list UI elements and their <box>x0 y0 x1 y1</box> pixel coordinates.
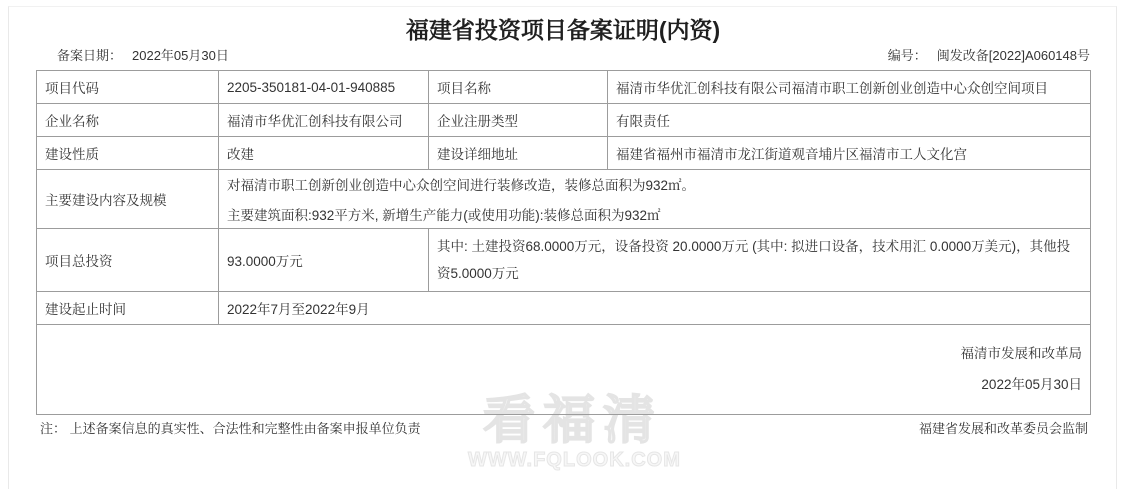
enterprise-name-label: 企业名称 <box>37 104 219 137</box>
signature-cell: 福清市发展和改革局 2022年05月30日 <box>37 325 1091 415</box>
filing-date-label: 备案日期： <box>57 48 122 63</box>
address-value: 福建省福州市福清市龙江街道观音埔片区福清市工人文化宫 <box>608 137 1091 170</box>
filing-table: 项目代码 2205-350181-04-01-940885 项目名称 福清市华优… <box>36 70 1091 415</box>
signature-authority: 福清市发展和改革局 <box>45 346 1082 362</box>
table-row: 主要建设内容及规模 对福清市职工创新创业创造中心众创空间进行装修改造，装修总面积… <box>37 170 1091 229</box>
project-name-value: 福清市华优汇创科技有限公司福清市职工创新创业创造中心众创空间项目 <box>608 71 1091 104</box>
address-label: 建设详细地址 <box>429 137 608 170</box>
table-row: 项目总投资 93.0000万元 其中: 土建投资68.0000万元，设备投资 2… <box>37 229 1091 292</box>
construction-period-label: 建设起止时间 <box>37 292 219 325</box>
construction-period-value: 2022年7月至2022年9月 <box>219 292 1091 325</box>
document-number: 编号：闽发改备[2022]A060148号 <box>888 45 1090 64</box>
main-content-label: 主要建设内容及规模 <box>37 170 219 229</box>
footer-supervision: 福建省发展和改革委员会监制 <box>919 418 1088 437</box>
project-code-value: 2205-350181-04-01-940885 <box>219 71 429 104</box>
filing-date-value: 2022年05月30日 <box>132 48 229 63</box>
total-investment-value: 93.0000万元 <box>219 229 429 292</box>
registration-type-label: 企业注册类型 <box>429 104 608 137</box>
document-page: 看福清 WWW.FQLOOK.COM 福建省投资项目备案证明(内资) 备案日期：… <box>0 0 1126 489</box>
watermark-url: WWW.FQLOOK.COM <box>468 449 678 472</box>
document-number-value: 闽发改备[2022]A060148号 <box>937 48 1090 63</box>
main-content-value: 对福清市职工创新创业创造中心众创空间进行装修改造，装修总面积为932㎡。 主要建… <box>219 170 1091 229</box>
signature-date: 2022年05月30日 <box>45 377 1082 393</box>
footer-note: 注： 上述备案信息的真实性、合法性和完整性由备案申报单位负责 <box>40 418 421 437</box>
table-row: 建设性质 改建 建设详细地址 福建省福州市福清市龙江街道观音埔片区福清市工人文化… <box>37 137 1091 170</box>
project-name-label: 项目名称 <box>429 71 608 104</box>
filing-date: 备案日期：2022年05月30日 <box>57 45 229 64</box>
document-title: 福建省投资项目备案证明(内资) <box>0 12 1126 45</box>
investment-breakdown-value: 其中: 土建投资68.0000万元，设备投资 20.0000万元 (其中: 拟进… <box>429 229 1091 292</box>
document-number-label: 编号： <box>888 48 927 63</box>
enterprise-name-value: 福清市华优汇创科技有限公司 <box>219 104 429 137</box>
main-content-line2: 主要建筑面积:932平方米, 新增生产能力(或使用功能):装修总面积为932㎡ <box>227 204 1082 224</box>
construction-nature-label: 建设性质 <box>37 137 219 170</box>
table-row: 项目代码 2205-350181-04-01-940885 项目名称 福清市华优… <box>37 71 1091 104</box>
table-row: 福清市发展和改革局 2022年05月30日 <box>37 325 1091 415</box>
construction-nature-value: 改建 <box>219 137 429 170</box>
table-row: 企业名称 福清市华优汇创科技有限公司 企业注册类型 有限责任 <box>37 104 1091 137</box>
project-code-label: 项目代码 <box>37 71 219 104</box>
main-content-line1: 对福清市职工创新创业创造中心众创空间进行装修改造，装修总面积为932㎡。 <box>227 174 1082 194</box>
table-row: 建设起止时间 2022年7月至2022年9月 <box>37 292 1091 325</box>
total-investment-label: 项目总投资 <box>37 229 219 292</box>
registration-type-value: 有限责任 <box>608 104 1091 137</box>
